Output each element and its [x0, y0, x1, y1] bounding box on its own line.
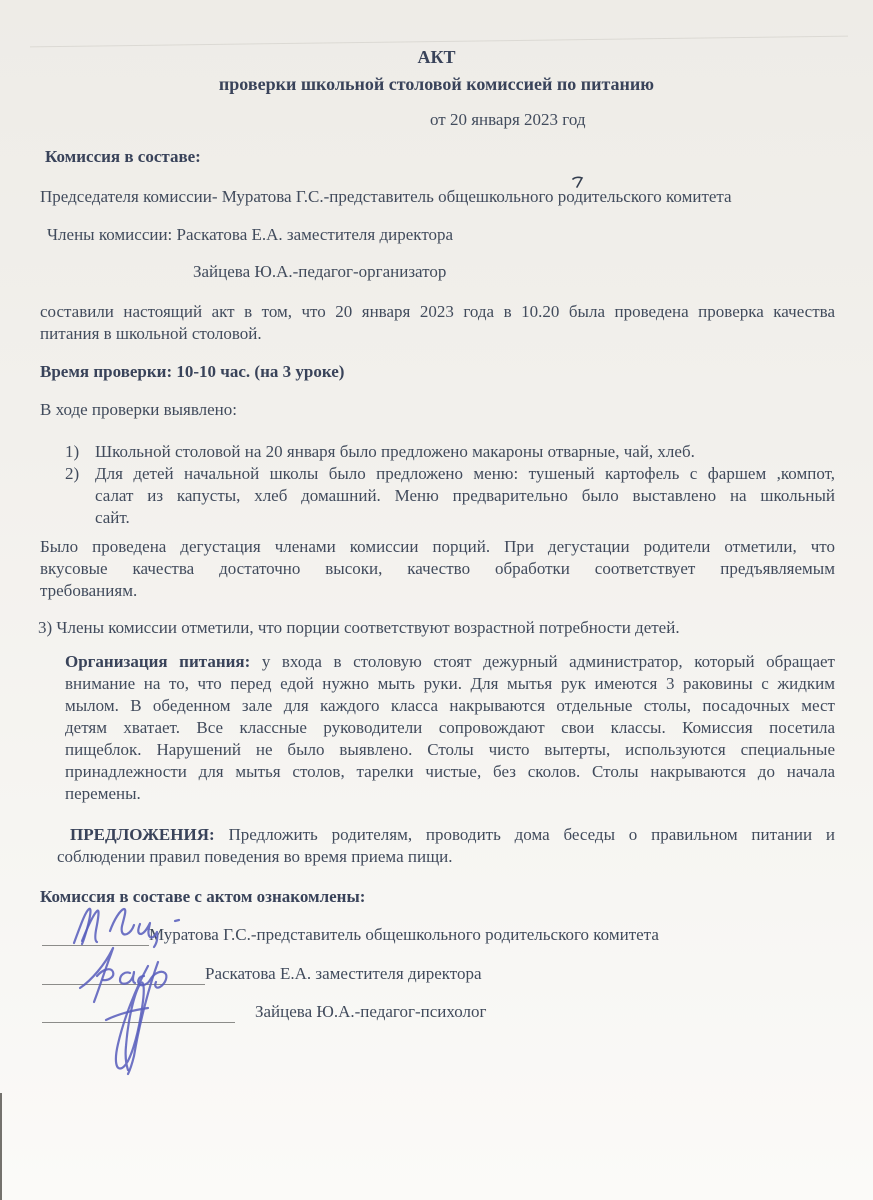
- signature-name: Зайцева Ю.А.-педагог-психолог: [255, 1002, 486, 1021]
- proposals-line: соблюдении правил поведения во время при…: [57, 846, 835, 868]
- act-date: от 20 января 2023 год: [430, 109, 586, 131]
- organization-line: перемены.: [65, 783, 835, 805]
- list-item-text: Школьной столовой на 20 января было пред…: [95, 441, 835, 463]
- stray-ink-mark: [572, 176, 584, 190]
- findings-list: 1) Школьной столовой на 20 января было п…: [65, 441, 835, 529]
- list-item-text: сайт.: [95, 507, 835, 529]
- intro-line: питания в школьной столовой.: [40, 323, 835, 345]
- tasting-paragraph: Было проведена дегустация членами комисс…: [40, 536, 835, 602]
- tasting-line: требованиям.: [40, 580, 835, 602]
- signature-name: Раскатова Е.А. заместителя директора: [205, 964, 482, 983]
- findings-heading: В ходе проверки выявлено:: [40, 399, 237, 421]
- intro-line: составили настоящий акт в том, что 20 ян…: [40, 301, 835, 323]
- members-line: Члены комиссии: Раскатова Е.А. заместите…: [47, 224, 453, 246]
- signature-zaytseva-icon: [90, 958, 185, 1078]
- list-item-text: Для детей начальной школы было предложен…: [95, 463, 835, 485]
- signature-name: Муратова Г.С.-представитель общешкольног…: [149, 925, 659, 944]
- organization-line: детям хватает. Все классные руководители…: [65, 717, 835, 739]
- list-item-number: 2): [65, 463, 79, 485]
- proposals-line: Предложить родителям, проводить дома бес…: [215, 825, 835, 844]
- organization-paragraph: Организация питания: у входа в столовую …: [65, 651, 835, 805]
- member2-line: Зайцева Ю.А.-педагог-организатор: [193, 261, 446, 283]
- organization-line: принадлежности для мытья столов, тарелки…: [65, 761, 835, 783]
- intro-paragraph: составили настоящий акт в том, что 20 ян…: [40, 301, 835, 345]
- proposals-lead: ПРЕДЛОЖЕНИЯ:: [70, 825, 215, 844]
- scan-edge-artifact: [0, 1093, 2, 1200]
- act-title: АКТ: [0, 46, 873, 68]
- chairman-line: Председателя комиссии- Муратова Г.С.-пре…: [40, 186, 732, 208]
- time-line: Время проверки: 10-10 час. (на 3 уроке): [40, 361, 344, 383]
- list-item-2: 2) Для детей начальной школы было предло…: [65, 463, 835, 529]
- act-subtitle: проверки школьной столовой комиссией по …: [0, 73, 873, 95]
- organization-lead: Организация питания:: [65, 652, 250, 671]
- organization-line: внимание на то, что перед едой нужно мыт…: [65, 673, 835, 695]
- proposals-paragraph: ПРЕДЛОЖЕНИЯ: Предложить родителям, прово…: [57, 824, 835, 868]
- organization-first-line: Организация питания: у входа в столовую …: [65, 651, 835, 673]
- commission-heading: Комиссия в составе:: [45, 146, 201, 168]
- list-item-1: 1) Школьной столовой на 20 января было п…: [65, 441, 835, 463]
- organization-line: мылом. В обеденном зале для каждого клас…: [65, 695, 835, 717]
- organization-line: у входа в столовую стоят дежурный админи…: [250, 652, 835, 671]
- tasting-line: Было проведена дегустация членами комисс…: [40, 536, 835, 558]
- scanned-act-document: АКТ проверки школьной столовой комиссией…: [0, 0, 873, 1200]
- proposals-first-line: ПРЕДЛОЖЕНИЯ: Предложить родителям, прово…: [57, 824, 835, 846]
- tasting-line: вкусовые качества достаточно высоки, кач…: [40, 558, 835, 580]
- list-item-text: салат из капусты, хлеб домашний. Меню пр…: [95, 485, 835, 507]
- item3-line: 3) Члены комиссии отметили, что порции с…: [38, 617, 680, 639]
- organization-line: пищеблок. Нарушений не было выявлено. Ст…: [65, 739, 835, 761]
- list-item-number: 1): [65, 441, 79, 463]
